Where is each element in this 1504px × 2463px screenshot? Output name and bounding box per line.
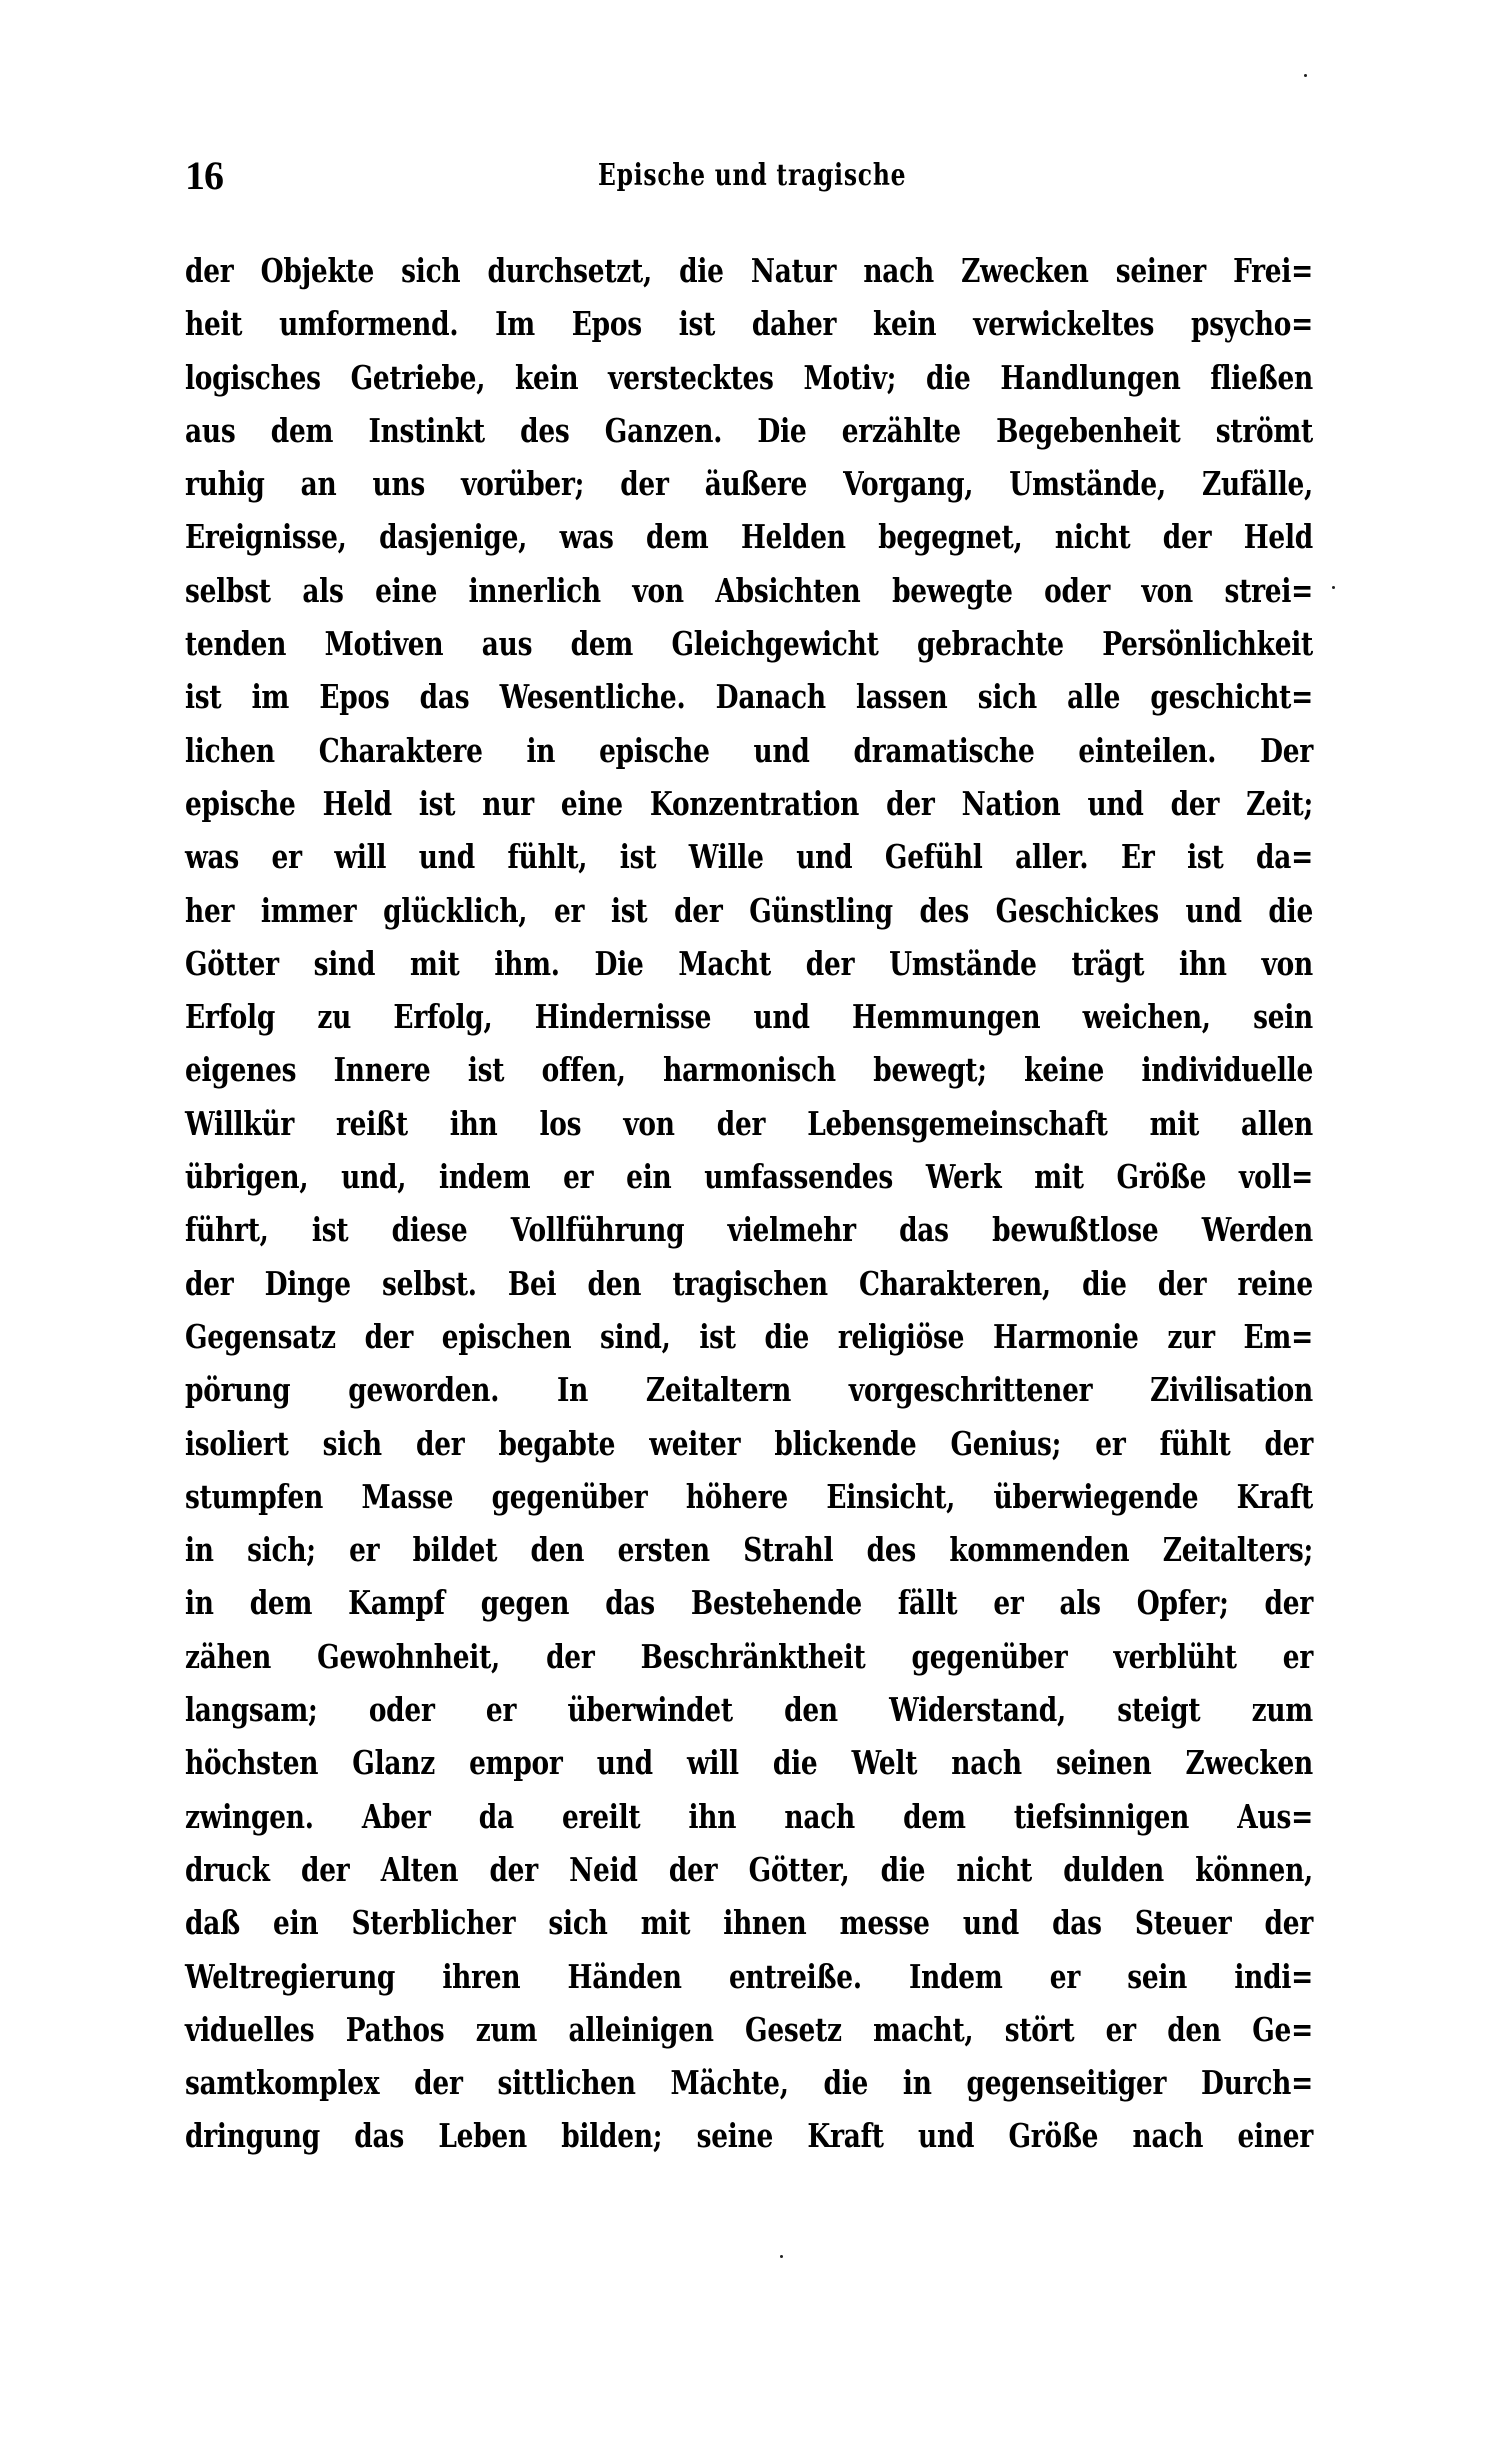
text-line: tenden Motiven aus dem Gleichgewicht geb… bbox=[185, 617, 1313, 670]
text-line: druck der Alten der Neid der Götter, die… bbox=[185, 1843, 1313, 1896]
text-line: Willkür reißt ihn los von der Lebensgeme… bbox=[185, 1097, 1313, 1150]
text-line: Erfolg zu Erfolg, Hindernisse und Hemmun… bbox=[185, 990, 1313, 1043]
text-line: daß ein Sterblicher sich mit ihnen messe… bbox=[185, 1896, 1313, 1949]
text-line: viduelles Pathos zum alleinigen Gesetz m… bbox=[185, 2003, 1313, 2056]
text-line: logisches Getriebe, kein verstecktes Mot… bbox=[185, 351, 1313, 404]
text-line: dringung das Leben bilden; seine Kraft u… bbox=[185, 2109, 1313, 2162]
text-line: in dem Kampf gegen das Bestehende fällt … bbox=[185, 1576, 1313, 1629]
text-line: was er will und fühlt, ist Wille und Gef… bbox=[185, 830, 1313, 883]
text-line: selbst als eine innerlich von Absichten … bbox=[185, 564, 1313, 617]
page-number: 16 bbox=[185, 148, 223, 204]
text-line: Götter sind mit ihm. Die Macht der Umstä… bbox=[185, 937, 1313, 990]
running-head: 16 Epische und tragische bbox=[185, 148, 1313, 204]
text-line: heit umformend. Im Epos ist daher kein v… bbox=[185, 297, 1313, 350]
running-head-title: Epische und tragische bbox=[309, 148, 1189, 204]
text-line: stumpfen Masse gegenüber höhere Einsicht… bbox=[185, 1470, 1313, 1523]
text-line: höchsten Glanz empor und will die Welt n… bbox=[185, 1736, 1313, 1789]
text-line: isoliert sich der begabte weiter blicken… bbox=[185, 1417, 1313, 1470]
text-line: lichen Charaktere in epische und dramati… bbox=[185, 724, 1313, 777]
text-line: Ereignisse, dasjenige, was dem Helden be… bbox=[185, 510, 1313, 563]
text-line: langsam; oder er überwindet den Widersta… bbox=[185, 1683, 1313, 1736]
text-line: aus dem Instinkt des Ganzen. Die erzählt… bbox=[185, 404, 1313, 457]
text-line: pörung geworden. In Zeitaltern vorgeschr… bbox=[185, 1363, 1313, 1416]
text-line: ist im Epos das Wesentliche. Danach lass… bbox=[185, 670, 1313, 723]
scan-speck bbox=[1304, 74, 1307, 77]
text-line: in sich; er bildet den ersten Strahl des… bbox=[185, 1523, 1313, 1576]
text-line: samtkomplex der sittlichen Mächte, die i… bbox=[185, 2056, 1313, 2109]
scan-speck bbox=[1332, 586, 1335, 589]
text-line: zähen Gewohnheit, der Beschränktheit geg… bbox=[185, 1630, 1313, 1683]
text-line: eigenes Innere ist offen, harmonisch bew… bbox=[185, 1043, 1313, 1096]
text-line: der Objekte sich durchsetzt, die Natur n… bbox=[185, 244, 1313, 297]
text-line: ruhig an uns vorüber; der äußere Vorgang… bbox=[185, 457, 1313, 510]
scan-speck bbox=[780, 2255, 783, 2258]
text-line: Gegensatz der epischen sind, ist die rel… bbox=[185, 1310, 1313, 1363]
text-line: übrigen, und, indem er ein umfassendes W… bbox=[185, 1150, 1313, 1203]
text-line: der Dinge selbst. Bei den tragischen Cha… bbox=[185, 1257, 1313, 1310]
text-line: her immer glücklich, er ist der Günstlin… bbox=[185, 884, 1313, 937]
book-page: 16 Epische und tragische der Objekte sic… bbox=[0, 0, 1504, 2463]
text-line: führt, ist diese Vollführung vielmehr da… bbox=[185, 1203, 1313, 1256]
text-line: epische Held ist nur eine Konzentration … bbox=[185, 777, 1313, 830]
text-line: zwingen. Aber da ereilt ihn nach dem tie… bbox=[185, 1790, 1313, 1843]
text-line: Weltregierung ihren Händen entreiße. Ind… bbox=[185, 1950, 1313, 2003]
body-text: der Objekte sich durchsetzt, die Natur n… bbox=[185, 244, 1313, 2163]
